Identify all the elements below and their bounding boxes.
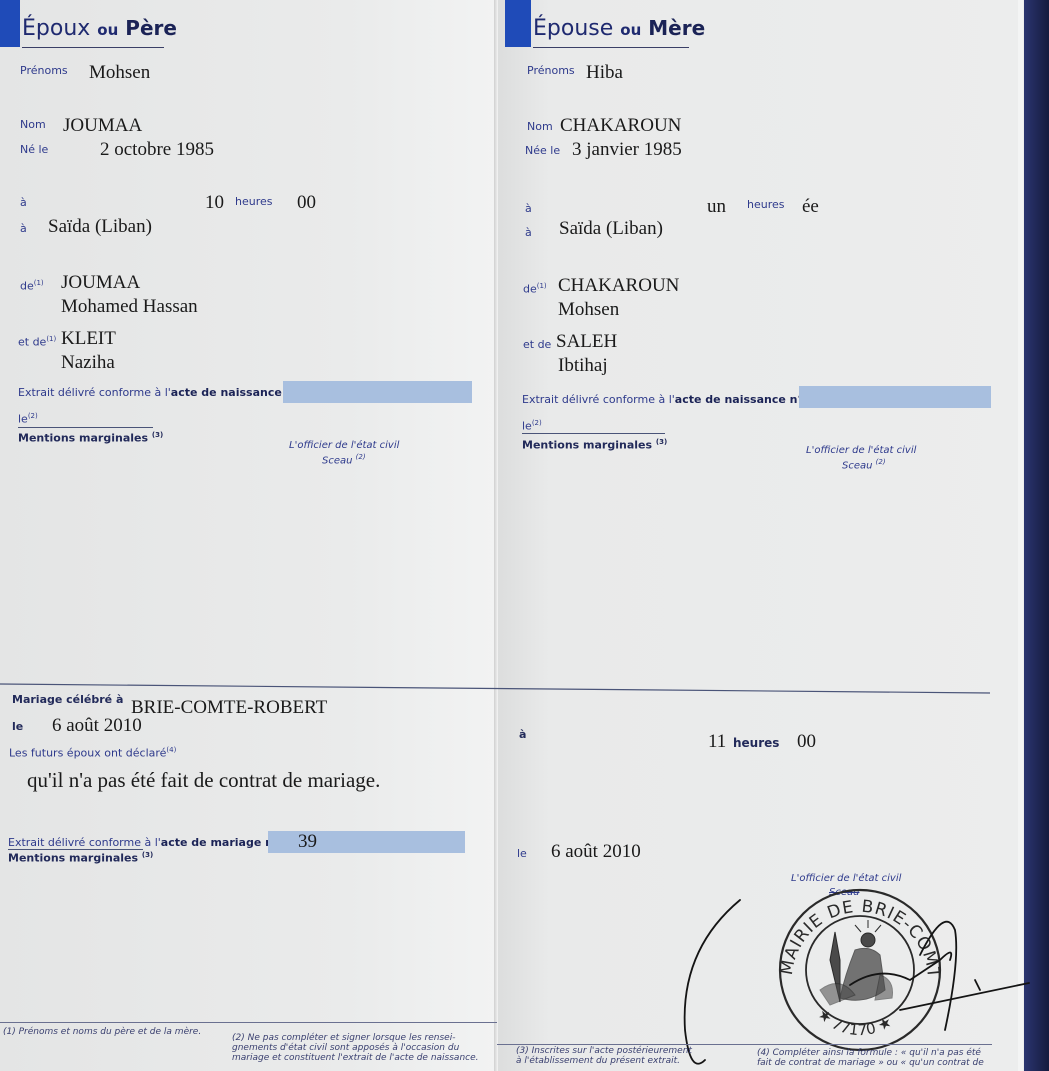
svg-text:★ 77170 ★: ★ 77170 ★ — [814, 1005, 895, 1039]
extrait-mariage-label: Extrait délivré conforme à l'acte de mar… — [8, 836, 278, 849]
heading-alt: Mère — [648, 16, 705, 40]
nom-label: Nom — [20, 118, 46, 131]
sceau-label: Sceau (2) — [842, 458, 886, 471]
declaration-value: qu'il n'a pas été fait de contrat de mar… — [27, 768, 380, 793]
nom-value: JOUMAA — [63, 115, 142, 137]
heading-main: Époux — [22, 16, 90, 41]
declare-label: Les futurs époux ont déclaré(4) — [9, 746, 176, 760]
left-page — [0, 0, 497, 1071]
heading-alt: Père — [125, 16, 177, 40]
officier-label: L'officier de l'état civil — [806, 445, 916, 456]
officier-label: L'officier de l'état civil — [289, 440, 399, 451]
le-underline — [18, 427, 153, 428]
section-accent-block — [0, 0, 20, 47]
footnote-4: (4) Compléter ainsi la formule : « qu'il… — [757, 1048, 984, 1068]
mere-prenoms-value: Ibtihaj — [558, 355, 608, 377]
acte-mariage-numero-value: 39 — [298, 831, 317, 853]
footnote-3: (3) Inscrites sur l'acte postérieurement… — [516, 1046, 692, 1066]
heading-underline — [22, 47, 164, 48]
ne-le-label: Né le — [20, 143, 48, 156]
mariage-minutes-value: 00 — [797, 731, 816, 753]
page-fold — [494, 0, 498, 1071]
pere-prenoms-value: Mohsen — [558, 299, 619, 321]
pere-prenoms-value: Mohamed Hassan — [61, 296, 198, 318]
heures-label: heures — [747, 198, 785, 211]
pere-nom-value: JOUMAA — [61, 272, 140, 294]
extrait-naissance-label: Extrait délivré conforme à l'acte de nai… — [18, 386, 299, 399]
mentions-marginales-label: Mentions marginales (3) — [18, 431, 163, 445]
acte-naissance-numero-field — [283, 381, 472, 403]
prenoms-value: Hiba — [586, 62, 623, 84]
et-de-label: et de — [523, 338, 551, 351]
mentions-marginales-label: Mentions marginales (3) — [8, 851, 153, 865]
date-naissance-value: 3 janvier 1985 — [572, 139, 682, 161]
mere-prenoms-value: Naziha — [61, 352, 115, 374]
de-label: de(1) — [20, 279, 44, 293]
section-divider — [0, 680, 1000, 696]
mariage-heure-value: 11 — [708, 731, 726, 753]
nee-le-label: Née le — [525, 144, 560, 157]
de-label: de(1) — [523, 282, 547, 296]
section-accent-block — [505, 0, 531, 47]
heading-main: Épouse — [533, 16, 613, 41]
a-label-time: à — [525, 202, 532, 215]
nom-label: Nom — [527, 120, 553, 133]
mariage-heures-label: heures — [733, 736, 779, 750]
sceau-label: Sceau (2) — [322, 453, 366, 466]
signature-stroke — [685, 900, 740, 1064]
delivre-le-label: le — [517, 847, 527, 860]
mere-nom-value: SALEH — [556, 331, 617, 353]
nom-value: CHAKAROUN — [560, 115, 681, 137]
heading-underline — [533, 47, 689, 48]
a-label-time: à — [20, 196, 27, 209]
mariage-date-value: 6 août 2010 — [52, 715, 142, 737]
heading-ou: ou — [97, 21, 118, 39]
extrait-naissance-label: Extrait délivré conforme à l'acte de nai… — [522, 393, 803, 406]
mariage-le-label: le — [12, 720, 23, 733]
heures-label: heures — [235, 195, 273, 208]
date-naissance-value: 2 octobre 1985 — [100, 139, 214, 161]
epoux-heading: Époux ou Père — [22, 16, 177, 41]
footnote-1: (1) Prénoms et noms du père et de la mèr… — [3, 1027, 201, 1037]
et-de-label: et de(1) — [18, 335, 56, 349]
le-label: le(2) — [18, 412, 38, 426]
minutes-value: ée — [802, 196, 819, 218]
mariage-a-label: à — [519, 728, 526, 741]
svg-text:MAIRIE DE BRIE-COMTE-ROBERT: MAIRIE DE BRIE-COMTE-ROBERT — [680, 880, 943, 980]
mariage-lieu-value: BRIE-COMTE-ROBERT — [131, 697, 327, 719]
heure-value: un — [707, 196, 726, 218]
prenoms-label: Prénoms — [527, 64, 575, 77]
prenoms-label: Prénoms — [20, 64, 68, 77]
footnote-rule-right — [497, 1044, 992, 1045]
pere-nom-value: CHAKAROUN — [558, 275, 679, 297]
a-label-place: à — [525, 226, 532, 239]
heading-ou: ou — [620, 21, 641, 39]
prenoms-value: Mohsen — [89, 62, 150, 84]
mairie-seal-stamp: MAIRIE DE BRIE-COMTE-ROBERT ★ 77170 ★ — [680, 880, 1049, 1071]
epouse-heading: Épouse ou Mère — [533, 16, 705, 41]
delivre-le-value: 6 août 2010 — [551, 841, 641, 863]
footnote-rule-left — [0, 1022, 497, 1023]
lieu-naissance-value: Saïda (Liban) — [559, 218, 663, 240]
heure-value: 10 — [205, 192, 224, 214]
extrait-underline — [8, 849, 143, 850]
le-label: le(2) — [522, 419, 542, 433]
minutes-value: 00 — [297, 192, 316, 214]
mere-nom-value: KLEIT — [61, 328, 116, 350]
acte-naissance-numero-field — [799, 386, 991, 408]
a-label-place: à — [20, 222, 27, 235]
footnote-2: (2) Ne pas compléter et signer lorsque l… — [232, 1033, 479, 1063]
le-underline — [522, 433, 665, 434]
mentions-marginales-label: Mentions marginales (3) — [522, 438, 667, 452]
lieu-naissance-value: Saïda (Liban) — [48, 216, 152, 238]
celebre-label: Mariage célébré à — [12, 693, 123, 706]
